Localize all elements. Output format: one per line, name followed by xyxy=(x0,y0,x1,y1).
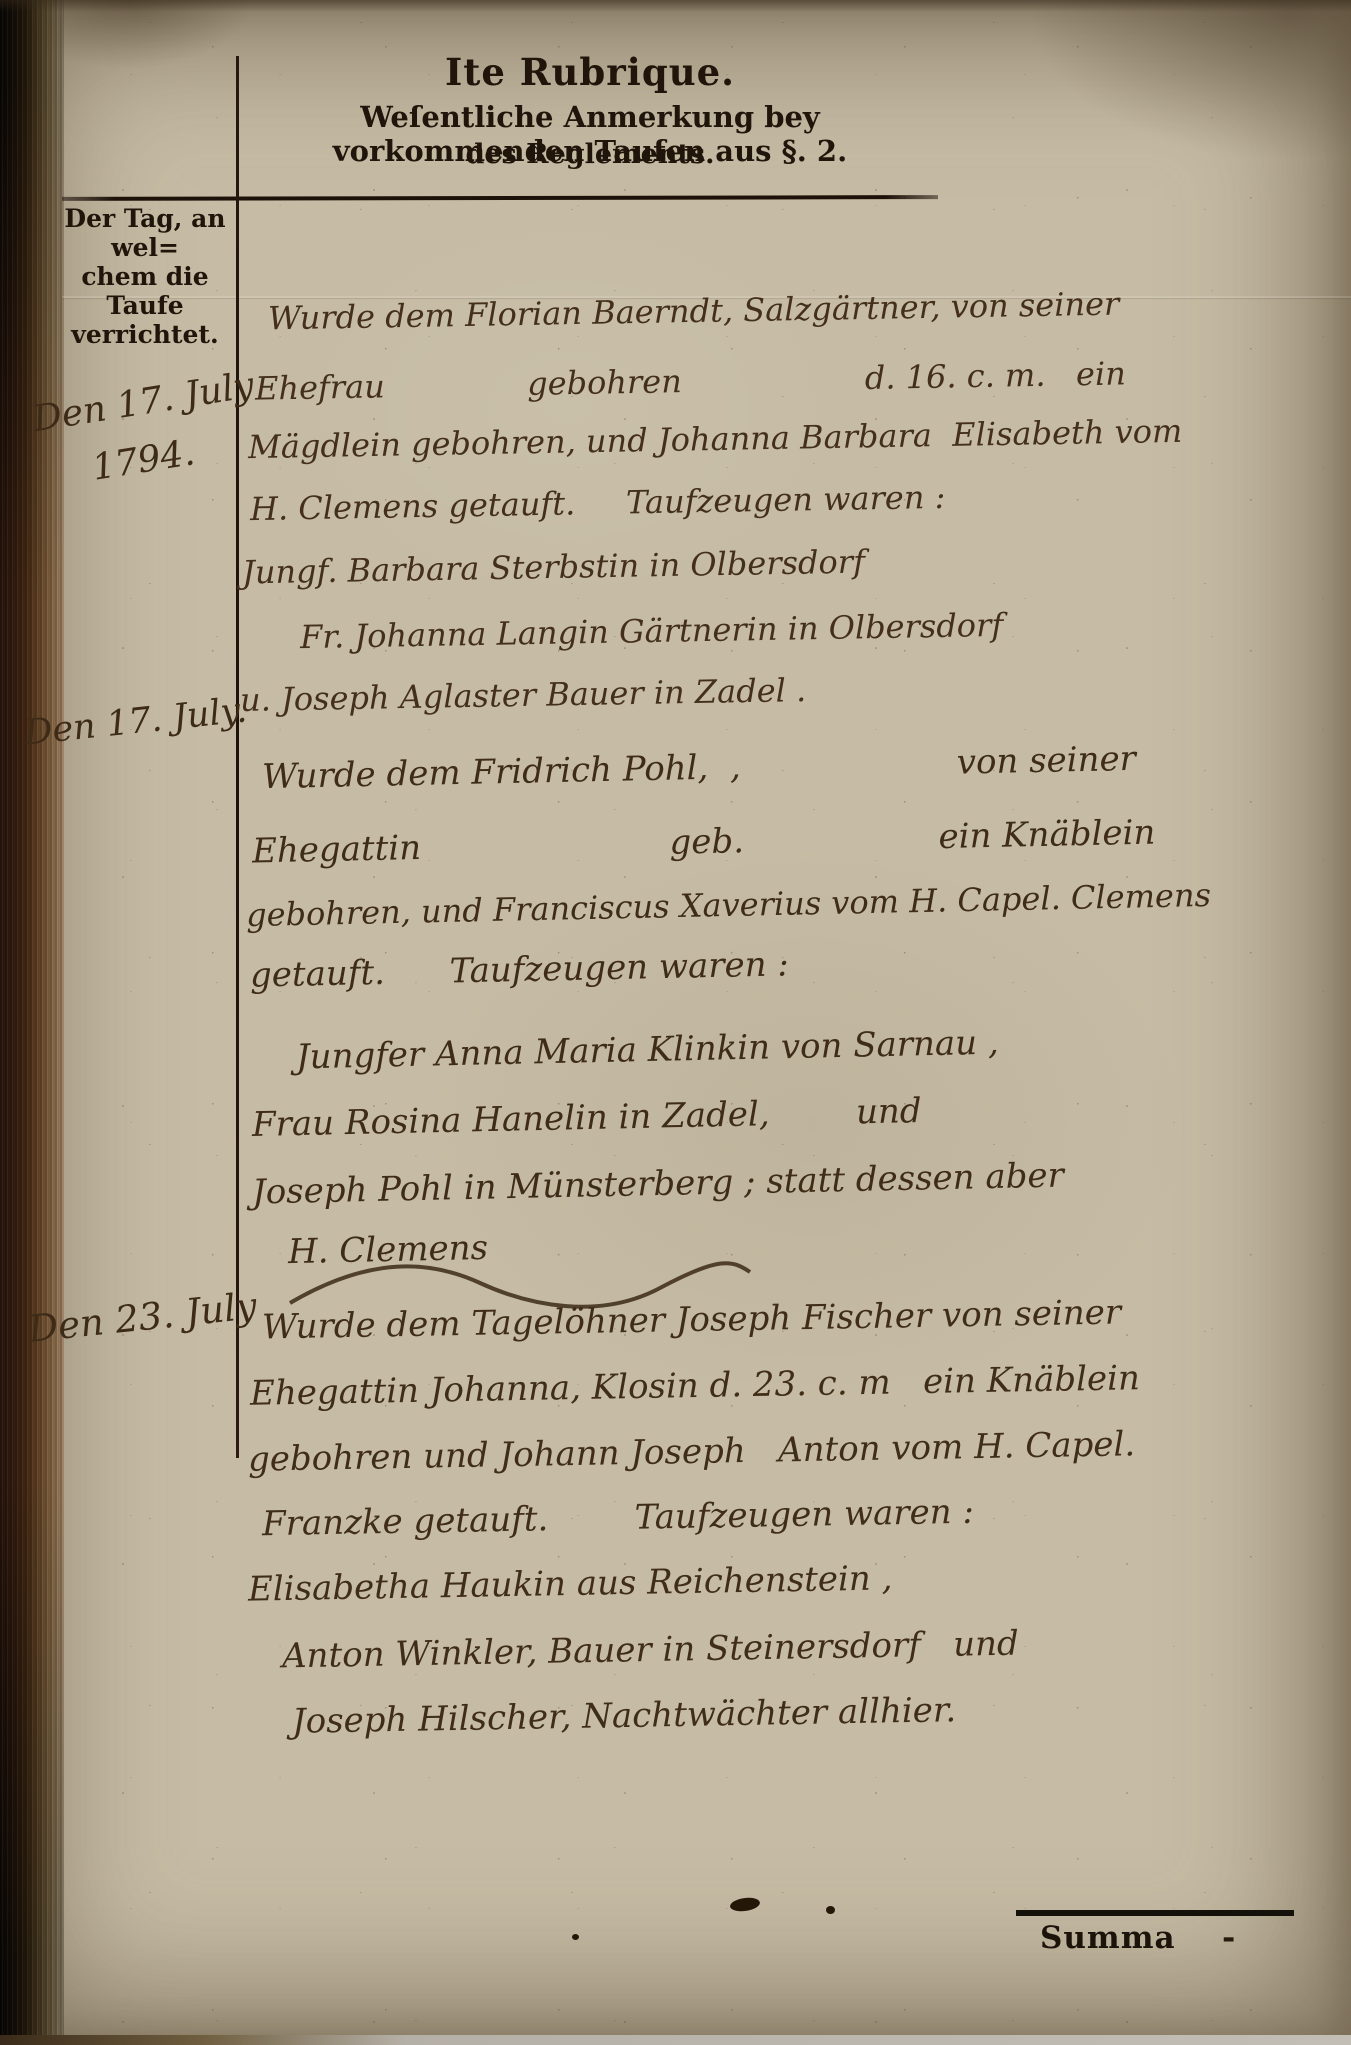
register-page: Ite Rubrique. Weſentliche Anmerkung bey … xyxy=(0,0,1351,2045)
ink-blot xyxy=(826,1906,835,1914)
entry-line: Ehegattin Johanna, Klosin d. 23. c. m ei… xyxy=(250,1358,1140,1414)
column-divider-rule xyxy=(236,56,239,1458)
corner-stain-top-left xyxy=(34,0,254,70)
date-column-header: Der Tag, an wel= chem die Taufe verricht… xyxy=(56,204,234,349)
summa-dash: - xyxy=(1222,1918,1235,1956)
entry-line: gebohren und Johann Joseph Anton vom H. … xyxy=(248,1424,1136,1479)
entry-line: gebohren, und Franciscus Xaverius vom H.… xyxy=(246,876,1212,934)
entry-line: Frau Rosina Hanelin in Zadel, und xyxy=(252,1091,922,1145)
entry-line: Elisabetha Haukin aus Reichenstein , xyxy=(248,1558,893,1609)
entry-line: Fr. Johanna Langin Gärtnerin in Olbersdo… xyxy=(300,606,1004,656)
entry-line: Mägdlein gebohren, und Johanna Barbara E… xyxy=(248,412,1183,466)
summa-rule xyxy=(1016,1910,1294,1916)
date-column-header-line-1: Der Tag, an wel= xyxy=(56,204,234,262)
page-edge-strips xyxy=(0,0,62,2045)
rubric-title: Ite Rubrique. xyxy=(240,50,940,94)
baptism-date-entry-1: Den 17. July xyxy=(30,365,257,440)
entry-line: Joseph Pohl in Münsterberg ; statt desse… xyxy=(252,1156,1065,1213)
date-column-header-line-3: verrichtet. xyxy=(56,320,234,349)
entry-line: Ehegattin geb. ein Knäblein xyxy=(252,813,1156,872)
entry-line: H. Clemens getauft. Taufzeugen waren : xyxy=(250,478,946,528)
baptism-date-entry-1-year: 1794. xyxy=(89,432,197,489)
ink-blot xyxy=(729,1896,761,1913)
entry-line: Jungf. Barbara Sterbstin in Olbersdorf xyxy=(242,543,865,592)
entry-line: u. Joseph Aglaster Bauer in Zadel . xyxy=(240,671,807,719)
ink-blot xyxy=(572,1934,579,1940)
entry-line: Wurde dem Florian Baerndt, Salzgärtner, … xyxy=(268,285,1120,338)
entry-line: Joseph Hilscher, Nachtwächter allhier. xyxy=(292,1690,957,1742)
entry-line: Franzke getauft. Taufzeugen waren : xyxy=(262,1492,975,1544)
entry-line: getauft. Taufzeugen waren : xyxy=(250,944,790,995)
entry-line: Anton Winkler, Bauer in Steinersdorf und xyxy=(282,1624,1019,1677)
entry-line: Ehefrau gebohren d. 16. c. m. ein xyxy=(255,354,1126,407)
entry-line: Jungfer Anna Maria Klinkin von Sarnau , xyxy=(296,1023,999,1078)
header-divider-rule xyxy=(62,195,938,201)
corner-stain-top-right xyxy=(1011,0,1351,170)
date-column-header-line-2: chem die Taufe xyxy=(56,262,234,320)
bottom-page-edge xyxy=(0,2035,1351,2045)
rubric-subtitle-2: des Reglements. xyxy=(245,139,935,170)
entry-line: Wurde dem Fridrich Pohl, , von seiner xyxy=(262,739,1137,797)
summa-label: Summa xyxy=(1040,1920,1176,1956)
